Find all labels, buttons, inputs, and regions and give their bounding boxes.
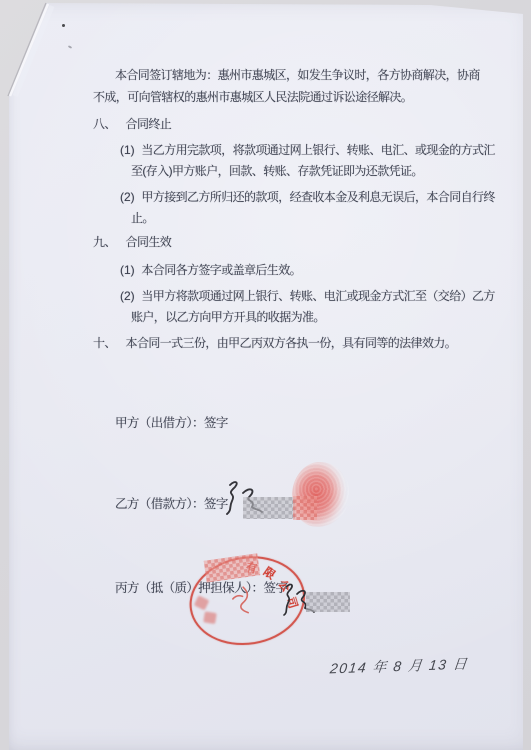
- section-9-title: 合同生效: [126, 235, 172, 249]
- intro-paragraph-line-2: 不成，可向管辖权的惠州市惠城区人民法院通过诉讼途径解决。: [93, 88, 412, 105]
- party-a-signature-label: 甲方（出借方）：签字: [115, 413, 228, 431]
- section-10-number: 十、: [93, 336, 116, 350]
- party-c-name-mosaic: [306, 592, 350, 612]
- item-text: 当甲方将款项通过网上银行、转账、电汇或现金方式汇至（交给）乙方: [141, 289, 494, 303]
- date-text: 2014 年 8 月 13 日: [329, 656, 469, 677]
- section-9-item-1-line-1: (1) 本合同各方签字或盖章后生效。: [120, 261, 301, 278]
- item-text: 账户，以乙方向甲方开具的收据为准。: [131, 310, 325, 324]
- party-b-label-text: 乙方（借款方）：签字: [115, 497, 228, 511]
- section-9-item-2-line-1: (2) 当甲方将款项通过网上银行、转账、电汇或现金方式汇至（交给）乙方: [120, 287, 495, 304]
- item-text: 本合同各方签字或盖章后生效。: [141, 263, 301, 277]
- section-8-item-2-line-2: 止。: [131, 209, 154, 226]
- item-text: 至(存入)甲方账户，回款、转账、存款凭证即为还款凭证。: [131, 164, 423, 178]
- intro-text: 不成，可向管辖权的惠州市惠城区人民法院通过诉讼途径解决。: [93, 90, 412, 104]
- scanned-contract-page: 本合同签订辖地为：惠州市惠城区，如发生争议时，各方协商解决，协商 不成，可向管辖…: [0, 0, 531, 750]
- item-text: 甲方接到乙方所归还的款项，经查收本金及利息无误后，本合同自行终: [141, 190, 494, 204]
- section-8-item-1-line-2: 至(存入)甲方账户，回款、转账、存款凭证即为还款凭证。: [131, 162, 423, 179]
- item-marker: (2): [120, 190, 135, 204]
- section-8-item-1-line-1: (1) 当乙方用完款项，将款项通过网上银行、转账、电汇、或现金的方式汇: [120, 141, 495, 158]
- item-text: 止。: [131, 211, 154, 225]
- section-8-item-2-line-1: (2) 甲方接到乙方所归还的款项，经查收本金及利息无误后，本合同自行终: [120, 188, 495, 205]
- section-8-number: 八、: [93, 117, 116, 131]
- item-marker: (1): [120, 143, 135, 157]
- scan-dot-artifact: [62, 24, 65, 27]
- section-9-heading: 九、 合同生效: [93, 233, 171, 250]
- section-10-heading: 十、 本合同一式三份，由甲乙丙双方各执一份，具有同等的法律效力。: [93, 334, 456, 351]
- party-a-label-text: 甲方（出借方）：签字: [115, 416, 228, 430]
- item-text: 当乙方用完款项，将款项通过网上银行、转账、电汇、或现金的方式汇: [141, 143, 494, 157]
- item-marker: (2): [120, 289, 135, 303]
- section-8-heading: 八、 合同终止: [93, 115, 171, 132]
- section-9-number: 九、: [93, 235, 116, 249]
- section-8-title: 合同终止: [126, 117, 172, 131]
- intro-paragraph-line-1: 本合同签订辖地为：惠州市惠城区，如发生争议时，各方协商解决，协商: [115, 66, 480, 83]
- party-b-name-mosaic-over-print: [293, 496, 317, 520]
- section-10-title: 本合同一式三份，由甲乙丙双方各执一份，具有同等的法律效力。: [126, 336, 457, 350]
- section-9-item-2-line-2: 账户，以乙方向甲方开具的收据为准。: [131, 308, 325, 325]
- party-b-name-mosaic: [243, 497, 295, 519]
- item-marker: (1): [120, 263, 135, 277]
- party-b-signature-label: 乙方（借款方）：签字: [115, 494, 228, 512]
- intro-text: 本合同签订辖地为：惠州市惠城区，如发生争议时，各方协商解决，协商: [115, 68, 480, 82]
